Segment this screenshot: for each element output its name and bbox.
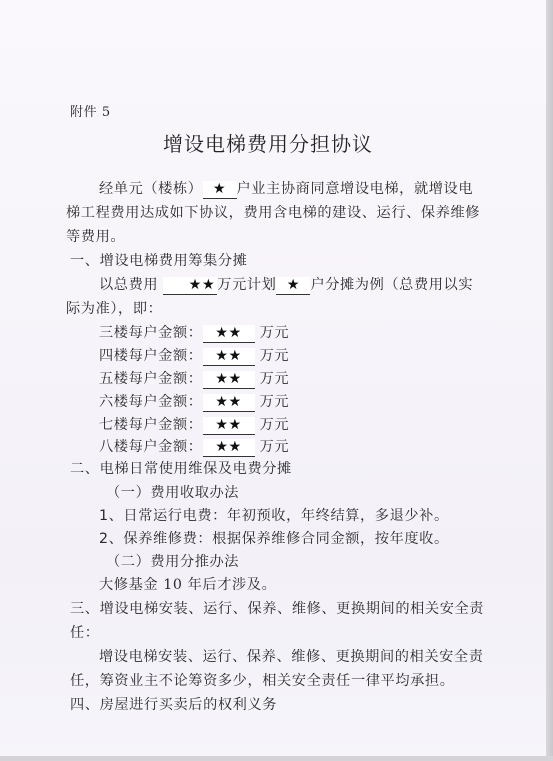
section-1-heading: 一、增设电梯费用筹集分摊 [70,251,247,271]
cost-basis-middle: 万元计划 [217,277,276,293]
intro-prefix: 经单元（楼栋） [99,181,203,197]
floor-amount-row: 五楼每户金额：★★ 万元 [99,369,289,389]
floor-label: 四楼每户金额： [99,348,203,364]
floor-amount-row: 七楼每户金额：★★ 万元 [99,415,289,435]
section-2-heading: 二、电梯日常使用维保及电费分摊 [70,459,292,479]
page-bottom-edge [0,756,553,761]
fund-prefix: 大修基金 [99,577,163,593]
section-3-heading-line-2: 任： [70,623,100,643]
floor-label: 八楼每户金额： [99,439,203,455]
section-4-heading: 四、房屋进行买卖后的权利义务 [70,695,277,715]
total-cost-blank: ★★ [163,277,217,295]
section-2-item-1: 1、日常运行电费：年初预收，年终结算，多退少补。 [99,506,449,526]
section-2-sub-2: （二）费用分推办法 [106,552,239,572]
section-2-sub-1: （一）费用收取办法 [106,483,239,503]
households-count-blank: ★ [276,277,310,295]
floor-label: 五楼每户金额： [99,371,203,387]
page-edge-shadow [546,0,553,761]
cost-basis-line-2: 际为准），即： [66,299,162,319]
floor-amount-row: 四楼每户金额：★★ 万元 [99,346,289,366]
cost-basis-prefix: 以总费用 [99,277,158,293]
section-3-heading-line-1: 三、增设电梯安装、运行、保养、维修、更换期间的相关安全责 [70,599,484,619]
section-3-body-line-1: 增设电梯安装、运行、保养、维修、更换期间的相关安全责 [99,647,483,667]
floor-amount-blank: ★★ [203,325,255,343]
floor-amount-blank: ★★ [203,394,255,412]
floor-amount-row: 六楼每户金额：★★ 万元 [99,392,289,412]
floor-label: 三楼每户金额： [99,325,203,341]
intro-line-1: 经单元（楼栋）★户业主协商同意增设电梯，就增设电 [99,179,473,199]
amount-unit: 万元 [260,325,290,341]
floor-amount-blank: ★★ [203,371,255,389]
amount-unit: 万元 [260,348,290,364]
amount-unit: 万元 [260,439,290,455]
section-2-fund-line: 大修基金 10 年后才涉及。 [99,575,276,595]
floor-amount-row: 八楼每户金额：★★ 万元 [99,437,289,457]
floor-amount-blank: ★★ [203,348,255,366]
amount-unit: 万元 [260,371,290,387]
amount-unit: 万元 [260,417,290,433]
intro-line-3: 等费用。 [66,227,125,247]
fund-suffix: 年后才涉及。 [183,577,277,593]
attachment-label: 附件 5 [70,103,111,123]
section-3-body-line-2: 任，筹资业主不论筹资多少，相关安全责任一律平均承担。 [70,671,454,691]
cost-basis-line: 以总费用 ★★万元计划★户分摊为例（总费用以实 [99,275,473,295]
intro-suffix: 户业主协商同意增设电梯，就增设电 [237,181,474,197]
document-title: 增设电梯费用分担协议 [163,131,373,157]
floor-amount-row: 三楼每户金额：★★ 万元 [99,323,289,343]
intro-line-2: 梯工程费用达成如下协议，费用含电梯的建设、运行、保养维修 [66,203,480,223]
floor-amount-blank: ★★ [203,439,255,457]
floor-label: 六楼每户金额： [99,394,203,410]
floor-label: 七楼每户金额： [99,417,203,433]
cost-basis-suffix: 户分摊为例（总费用以实 [310,277,473,293]
amount-unit: 万元 [260,394,290,410]
unit-households-blank: ★ [203,181,237,199]
section-2-item-2: 2、保养维修费：根据保养维修合同金额，按年度收。 [99,529,449,549]
fund-years: 10 [163,577,182,593]
floor-amount-blank: ★★ [203,417,255,435]
